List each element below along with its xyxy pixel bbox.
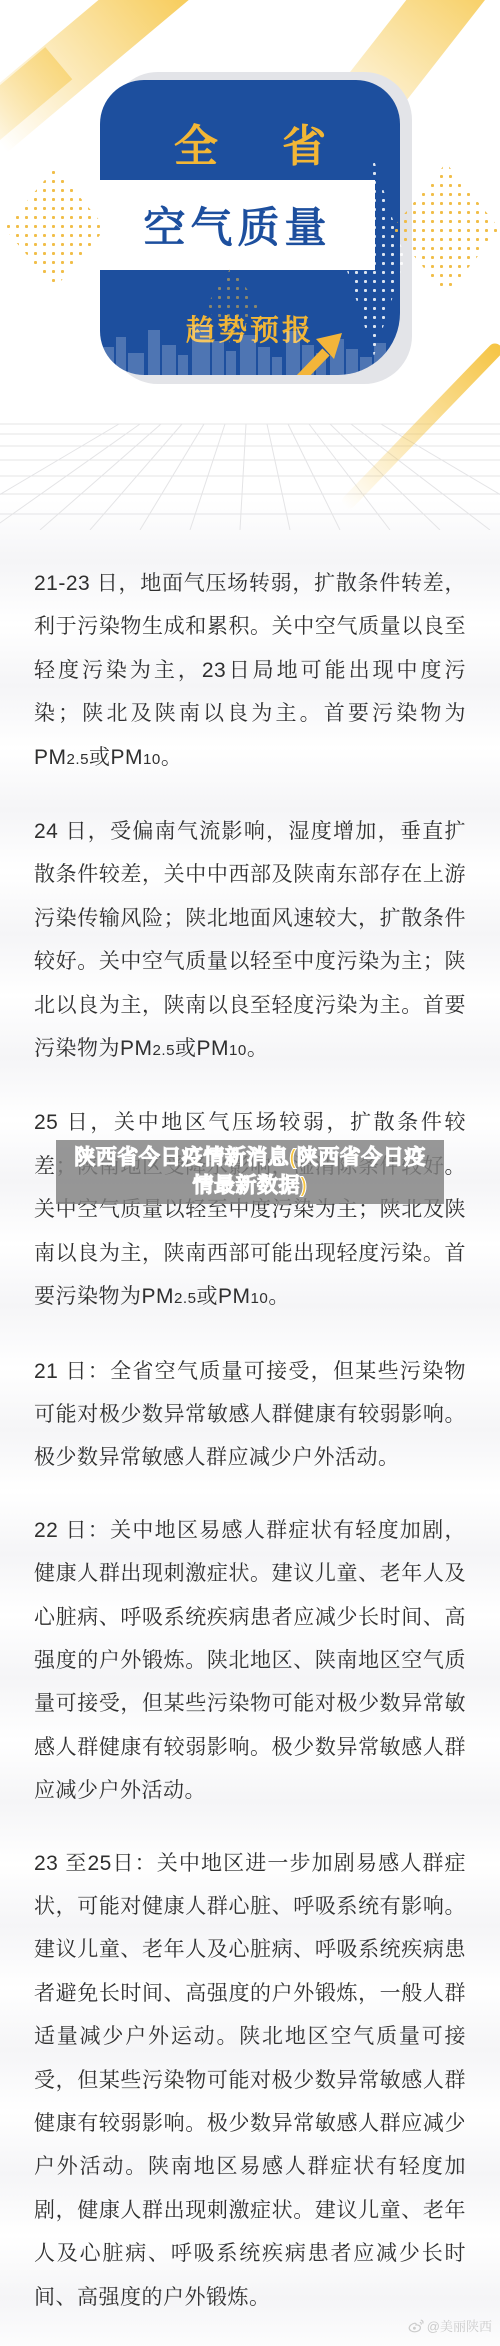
watermark: @美丽陕西 (408, 2316, 492, 2335)
forecast-paragraph: 22 日：关中地区易感人群症状有轻度加剧，健康人群出现刺激症状。建议儿童、老年人… (34, 1509, 466, 1813)
trend-arrow-icon (292, 329, 348, 375)
hero-section: 全 省 空气质量 趋势预报 (0, 0, 500, 545)
title-air-quality: 空气质量 (143, 195, 331, 255)
title-band: 空气质量 (100, 180, 375, 270)
title-province: 全 省 (100, 110, 400, 174)
forecast-text-section: 21-23 日，地面气压场转弱，扩散条件转差，利于污染物生成和累积。关中空气质量… (34, 562, 466, 2319)
overlay-banner: 陕西省今日疫情新消息(陕西省今日疫 情最新数据) (56, 1140, 444, 1204)
skyline-graphic (100, 320, 400, 375)
overlay-banner-line1: 陕西省今日疫情新消息(陕西省今日疫 (74, 1144, 426, 1172)
overlay-banner-line2: 情最新数据) (193, 1172, 308, 1200)
forecast-paragraph: 24 日，受偏南气流影响，湿度增加，垂直扩散条件较差，关中中西部及陕南东部存在上… (34, 810, 466, 1072)
forecast-paragraph: 25 日，关中地区气压场较弱，扩散条件较差；陕南地区受降水影响，湿清除条件较好。… (34, 1101, 466, 1320)
forecast-paragraph: 23 至25日：关中地区进一步加剧易感人群症状，可能对健康人群心脏、呼吸系统有影… (34, 1842, 466, 2319)
watermark-text: @美丽陕西 (427, 2316, 492, 2335)
forecast-paragraph: 21-23 日，地面气压场转弱，扩散条件转差，利于污染物生成和累积。关中空气质量… (34, 562, 466, 781)
perspective-grid-floor (0, 418, 500, 530)
weibo-icon (408, 2319, 424, 2333)
forecast-paragraph: 21 日：全省空气质量可接受，但某些污染物可能对极少数异常敏感人群健康有较弱影响… (34, 1350, 466, 1480)
dot-pattern-left (4, 168, 106, 288)
